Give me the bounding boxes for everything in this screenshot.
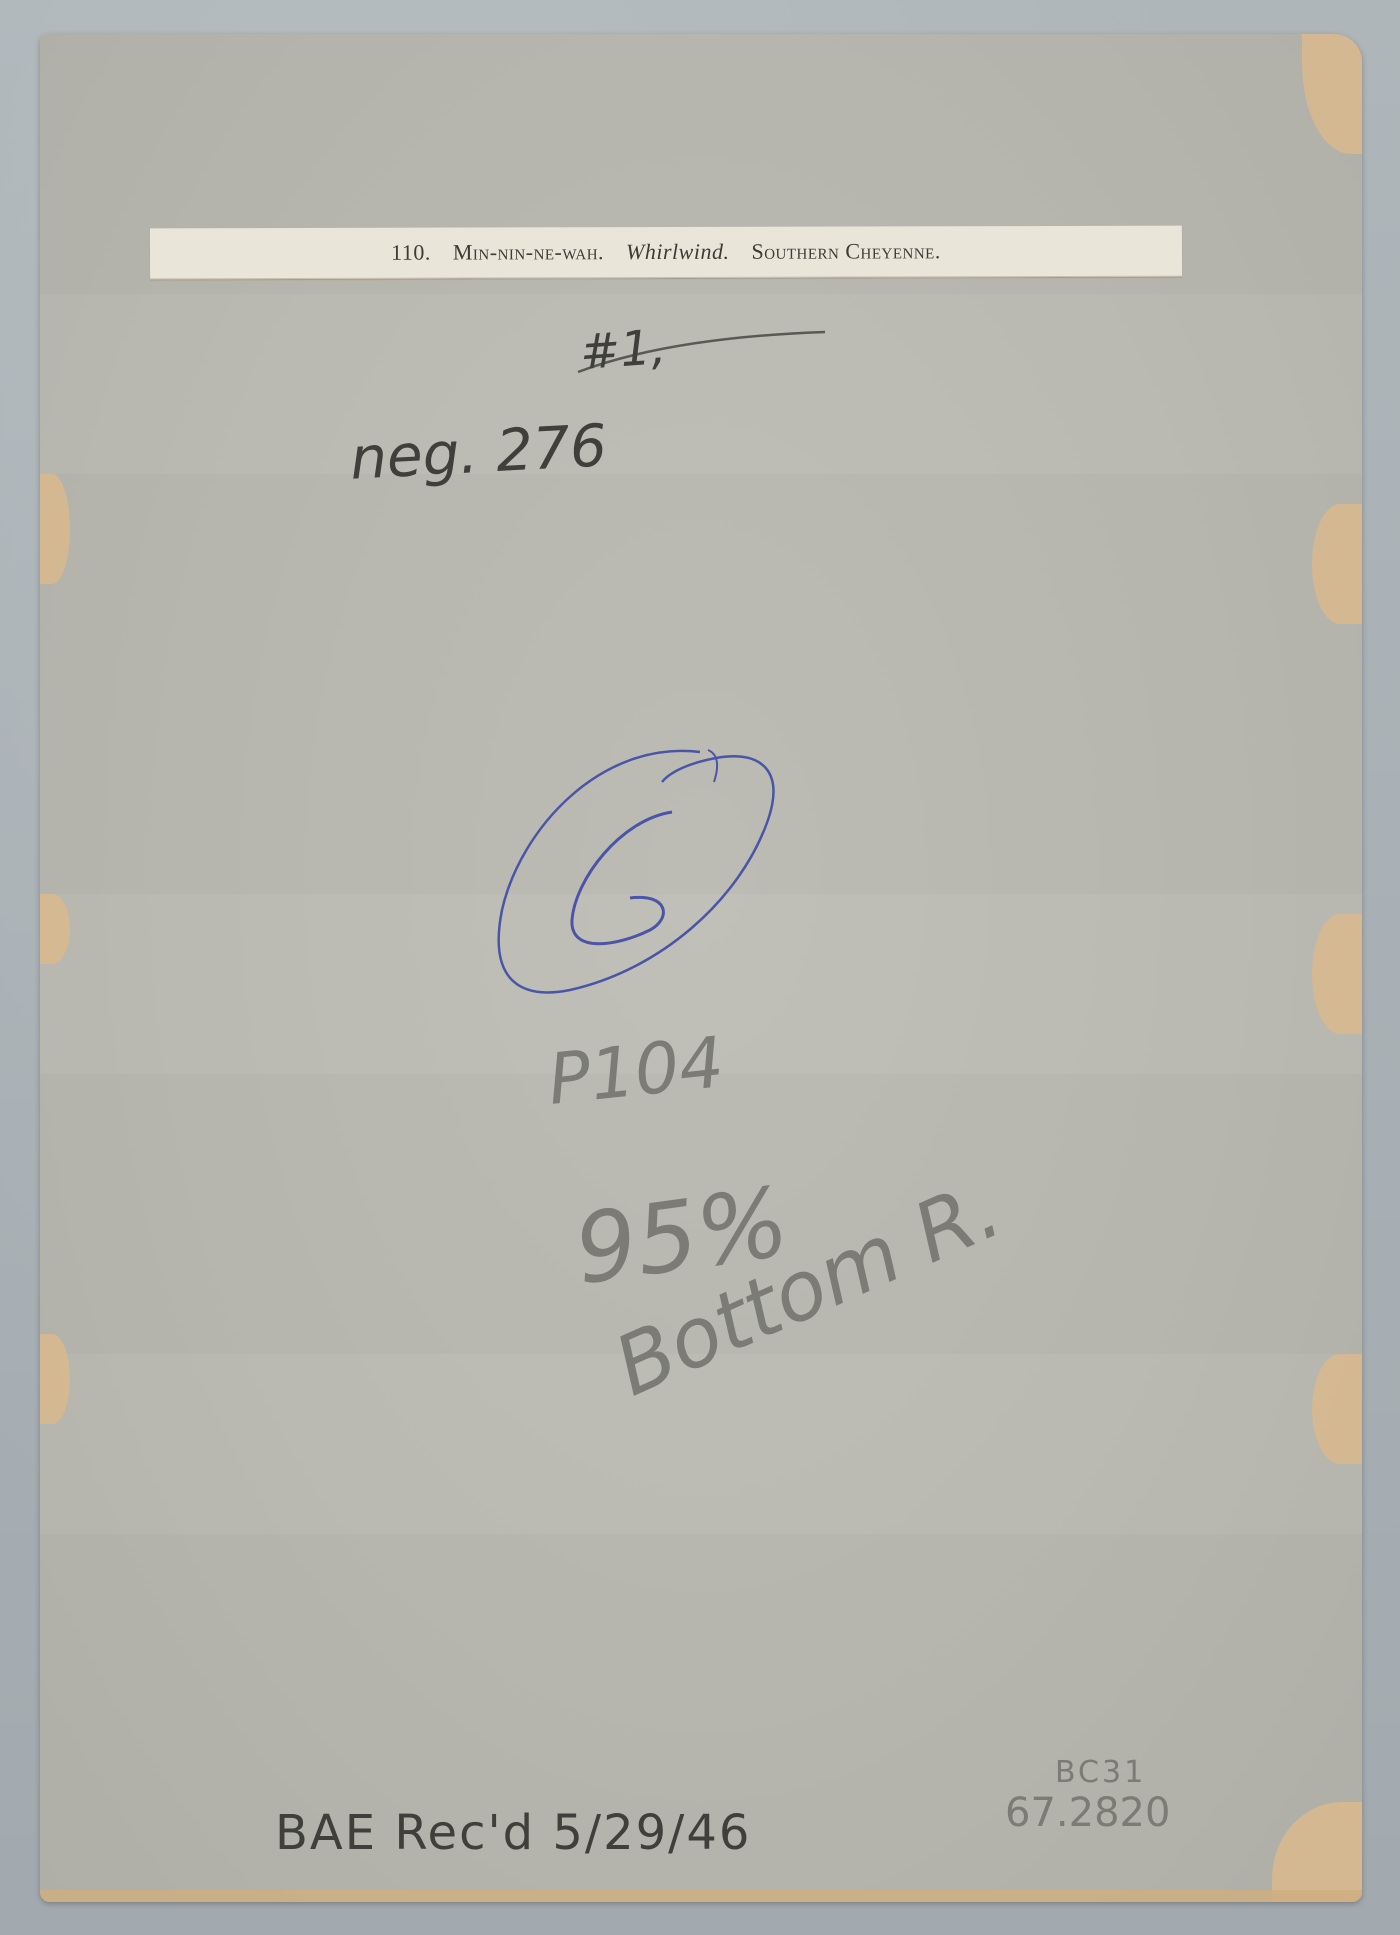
subject-name: Min-nin-ne-wah. [453, 239, 604, 265]
accession-number-annotation: 67.2820 [1005, 1790, 1170, 1836]
catalog-number: 110. [391, 240, 431, 266]
photo-card-verso [40, 34, 1362, 1902]
worn-bottom-edge [40, 1890, 1362, 1902]
card-shading-band [40, 294, 1362, 474]
age-stain [1312, 1354, 1362, 1464]
struck-number-annotation: #1, [578, 319, 668, 381]
printed-caption-label: 110. Min-nin-ne-wah. Whirlwind. Southern… [150, 226, 1182, 280]
age-stain [1312, 504, 1362, 624]
subject-translation: Whirlwind. [626, 239, 729, 265]
catalog-code-annotation: BC31 [1055, 1755, 1146, 1790]
negative-number-annotation: neg. 276 [348, 411, 608, 492]
subject-tribe: Southern Cheyenne. [751, 238, 940, 264]
received-date-annotation: BAE Rec'd 5/29/46 [275, 1805, 751, 1861]
age-stain [1312, 914, 1362, 1034]
